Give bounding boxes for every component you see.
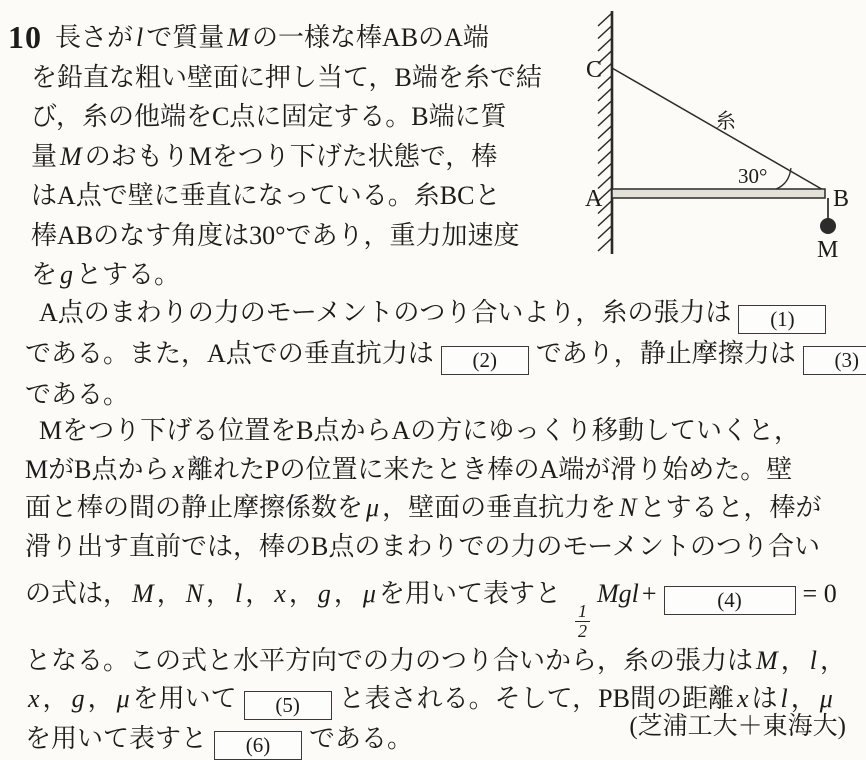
mass-circle xyxy=(820,218,836,234)
problem-intro: 10長さがlで質量Mの一様な棒ABのA端を鉛直な粗い壁面に押し当て，B端を糸で結… xyxy=(8,18,583,295)
angle-arc xyxy=(776,168,791,189)
math-variable: x xyxy=(28,684,40,713)
math-variable: M xyxy=(60,142,82,171)
answer-box-2: (2) xyxy=(441,346,529,375)
text-run: ， xyxy=(43,684,69,713)
text-run: 離れたPの位置に来たとき棒のA端が滑り始めた。壁 xyxy=(187,455,792,484)
text-run: とすると，棒が xyxy=(639,493,821,522)
math-variable: g xyxy=(72,684,85,713)
text-run: となる。この式と水平方向での力のつり合いから，糸の張力は xyxy=(25,646,753,675)
text-line: A点のまわりの力のモーメントのつり合いより，糸の張力は(1) xyxy=(25,293,860,334)
text-line: び，糸の他端をC点に固定する。B端に質 xyxy=(8,97,583,137)
text-line: 棒ABのなす角度は30°であり，重力加速度 xyxy=(8,216,583,256)
text-line: をgとする。 xyxy=(8,255,583,295)
text-run: 量 xyxy=(31,142,57,171)
math-variable: l xyxy=(136,23,143,52)
text-run: を鉛直な粗い壁面に押し当て，B端を糸で結 xyxy=(31,63,542,92)
text-run: A点のまわりの力のモーメントのつり合いより，糸の張力は xyxy=(39,298,731,327)
text-run: とする。 xyxy=(76,260,180,289)
label-angle: 30° xyxy=(738,164,767,188)
text-line: となる。この式と水平方向での力のつり合いから，糸の張力はM，l， xyxy=(25,642,860,681)
text-run: ， xyxy=(820,646,846,675)
text-run: の一様な棒ABのA端 xyxy=(252,23,489,52)
text-run: 面と棒の間の静止摩擦係数を xyxy=(25,493,363,522)
text-line: はA点で壁に垂直になっている。糸BCと xyxy=(8,176,583,216)
fraction-denominator: 2 xyxy=(575,621,590,641)
text-line: である。 xyxy=(25,375,860,415)
answer-box-5: (5) xyxy=(244,691,332,720)
text-run: であり，静止摩擦力は xyxy=(536,339,796,368)
text-run: 棒ABのなす角度は30°であり，重力加速度 xyxy=(31,221,520,250)
math-variable: M xyxy=(227,23,249,52)
math-variable: μ xyxy=(366,493,379,522)
text-run: ， xyxy=(781,646,807,675)
text-run: を用いて xyxy=(133,684,237,713)
text-run: ， xyxy=(206,579,232,608)
math-variable: μ xyxy=(363,579,376,608)
text-line: MがB点からx離れたPの位置に来たとき棒のA端が滑り始めた。壁 xyxy=(25,451,860,490)
answer-box-1: (1) xyxy=(738,305,826,334)
text-run: である。 xyxy=(309,724,413,753)
answer-box-3: (3) xyxy=(803,346,866,375)
text-line: を鉛直な粗い壁面に押し当て，B端を糸で結 xyxy=(8,58,583,98)
label-c: C xyxy=(586,57,602,83)
math-variable: μ xyxy=(117,684,130,713)
text-run: はA点で壁に垂直になっている。糸BCと xyxy=(31,181,500,210)
text-run: ， xyxy=(334,579,360,608)
fraction-numerator: 1 xyxy=(575,602,590,621)
text-line: 滑り出す直前では，棒のB点のまわりでの力のモーメントのつり合い xyxy=(25,528,860,567)
fraction-one-half: 12 xyxy=(575,602,590,642)
statics-diagram: C A B M 糸 30° xyxy=(583,5,866,267)
text-run: ， xyxy=(245,579,271,608)
text-run: 滑り出す直前では，棒のB点のまわりでの力のモーメントのつり合い xyxy=(25,532,820,561)
math-variable: M xyxy=(132,579,154,608)
text-line: 面と棒の間の静止摩擦係数をμ，壁面の垂直抗力をNとすると，棒が xyxy=(25,489,860,528)
text-run: で質量 xyxy=(146,23,224,52)
problem-number: 10 xyxy=(8,19,42,55)
math-variable: N xyxy=(619,493,636,522)
text-run: MがB点から xyxy=(25,455,169,484)
math-variable: M xyxy=(756,646,778,675)
answer-box-6: (6) xyxy=(214,731,302,760)
wall-hatching xyxy=(598,13,612,251)
answer-box-4: (4) xyxy=(664,586,796,615)
label-m: M xyxy=(817,237,838,263)
math-variable: N xyxy=(186,579,203,608)
text-run: ， xyxy=(157,579,183,608)
math-variable: x xyxy=(274,579,286,608)
text-run: を xyxy=(31,260,57,289)
label-a: A xyxy=(585,186,603,212)
text-line: 量MのおもりMをつり下げた状態で，棒 xyxy=(8,137,583,177)
text-run: ， xyxy=(88,684,114,713)
text-run: を用いて表すと xyxy=(25,724,207,753)
math-variable: l xyxy=(235,579,242,608)
text-run: を用いて表すと xyxy=(379,579,561,608)
text-run: である。 xyxy=(25,380,129,409)
math-variable: Mgl xyxy=(597,579,639,608)
text-run: + xyxy=(642,579,657,608)
label-b: B xyxy=(833,186,849,212)
math-variable: x xyxy=(172,455,184,484)
text-run: である。また，A点での垂直抗力は xyxy=(25,339,434,368)
text-run: Mをつり下げる位置をB点からAの方にゆっくり移動していくと， xyxy=(39,416,800,445)
math-variable: g xyxy=(318,579,331,608)
math-variable: g xyxy=(60,260,73,289)
text-line: の式は，M，N，l，x，g，μを用いて表すと12Mgl+(4)= 0 xyxy=(25,566,860,642)
text-run: ， xyxy=(289,579,315,608)
text-line: 10長さがlで質量Mの一様な棒ABのA端 xyxy=(8,18,583,58)
text-line: Mをつり下げる位置をB点からAの方にゆっくり移動していくと， xyxy=(25,412,860,451)
text-run: ，壁面の垂直抗力を xyxy=(382,493,616,522)
label-string: 糸 xyxy=(715,109,736,133)
text-run: のおもりMをつり下げた状態で，棒 xyxy=(85,142,498,171)
text-run: = 0 xyxy=(803,579,837,608)
textbook-page: 10長さがlで質量Mの一様な棒ABのA端を鉛直な粗い壁面に押し当て，B端を糸で結… xyxy=(0,0,866,760)
text-line: である。また，A点での垂直抗力は(2)であり，静止摩擦力は(3) xyxy=(25,334,860,375)
math-variable: l xyxy=(810,646,817,675)
text-run: び，糸の他端をC点に固定する。B端に質 xyxy=(31,102,507,131)
text-run: 長さが xyxy=(55,23,133,52)
rod-ab xyxy=(612,189,825,198)
text-run: の式は， xyxy=(25,579,129,608)
paragraph-moment-balance: A点のまわりの力のモーメントのつり合いより，糸の張力は(1)である。また，A点で… xyxy=(25,293,860,415)
source-attribution: (芝浦工大＋東海大) xyxy=(629,706,846,742)
